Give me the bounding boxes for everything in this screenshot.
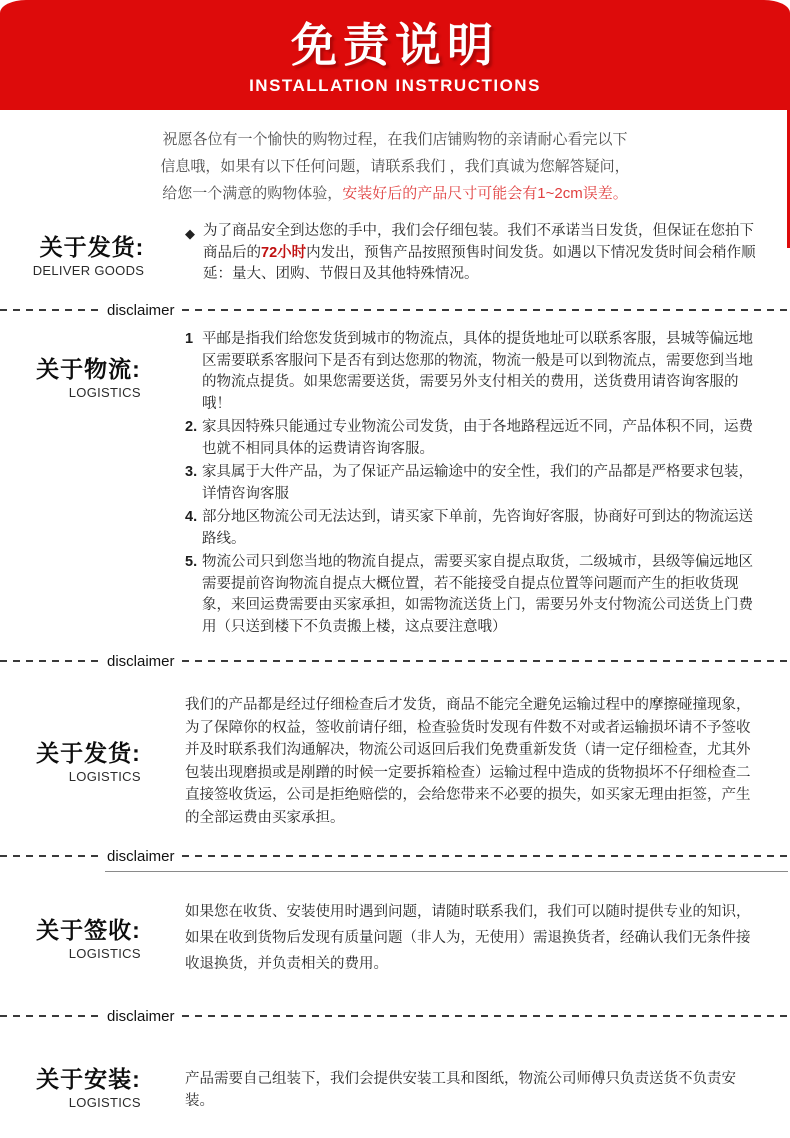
list-item-number: 1 bbox=[185, 329, 202, 415]
section-logistics: 关于物流: LOGISTICS 1 平邮是指我们给您发货到城市的物流点，具体的提… bbox=[0, 329, 790, 640]
divider-dash-left bbox=[0, 660, 100, 662]
divider-label: disclaimer bbox=[100, 848, 182, 865]
intro-line-3: 给您一个满意的购物体验，安装好后的产品尺寸可能会有1~2cm误差。 bbox=[20, 180, 770, 207]
section-deliver-goods: 关于发货: DELIVER GOODS ◆ 为了商品安全到达您的手中，我们会仔细… bbox=[0, 213, 790, 289]
list-item-number: 3. bbox=[185, 462, 202, 505]
list-item: 1 平邮是指我们给您发货到城市的物流点，具体的提货地址可以联系客服，县城等偏远地… bbox=[185, 329, 762, 415]
deliver-goods-paragraph: 为了商品安全到达您的手中，我们会仔细包装。我们不承诺当日发货，但保证在您拍下商品… bbox=[203, 221, 762, 286]
divider-label: disclaimer bbox=[100, 653, 182, 670]
section-content: 产品需要自己组装下，我们会提供安装工具和图纸，物流公司师傅只负责送货不负责安装。 bbox=[185, 1063, 790, 1112]
intro-line-2: 信息哦，如果有以下任何问题，请联系我们 ，我们真诚为您解答疑问， bbox=[20, 153, 770, 180]
section-title-en: LOGISTICS bbox=[36, 1095, 141, 1110]
section-title-en: LOGISTICS bbox=[36, 946, 141, 961]
divider-1: disclaimer bbox=[0, 299, 790, 321]
divider-dash-right bbox=[182, 1015, 790, 1017]
divider-3: disclaimer bbox=[0, 845, 790, 867]
section-title-en: LOGISTICS bbox=[36, 769, 141, 784]
divider-dash-left bbox=[0, 1015, 100, 1017]
list-item-text: 家具属于大件产品，为了保证产品运输途中的安全性，我们的产品都是严格要求包装，详情… bbox=[202, 462, 762, 505]
list-item-text: 部分地区物流公司无法达到，请买家下单前，先咨询好客服，协商好可到达的物流运送路线… bbox=[202, 507, 762, 550]
list-item-text: 物流公司只到您当地的物流自提点，需要买家自提点取货，二级城市，县级等偏远地区需要… bbox=[202, 552, 762, 638]
deliver-text-highlight: 72小时 bbox=[261, 245, 306, 261]
section-title-en: DELIVER GOODS bbox=[33, 263, 145, 278]
section-label-inspection: 关于发货: LOGISTICS bbox=[0, 694, 185, 829]
intro-line-3-red: 安装好后的产品尺寸可能会有1~2cm误差。 bbox=[342, 185, 627, 202]
bottom-divider-line bbox=[105, 871, 788, 872]
page-subtitle: INSTALLATION INSTRUCTIONS bbox=[0, 76, 790, 96]
section-content: ◆ 为了商品安全到达您的手中，我们会仔细包装。我们不承诺当日发货，但保证在您拍下… bbox=[185, 221, 790, 289]
divider-label: disclaimer bbox=[100, 1008, 182, 1025]
divider-dash-left bbox=[0, 855, 100, 857]
list-item-text: 平邮是指我们给您发货到城市的物流点，具体的提货地址可以联系客服，县城等偏远地区需… bbox=[202, 329, 762, 415]
divider-2: disclaimer bbox=[0, 650, 790, 672]
divider-dash-right bbox=[182, 309, 790, 311]
section-content: 我们的产品都是经过仔细检查后才发货，商品不能完全避免运输过程中的摩擦碰撞现象，为… bbox=[185, 694, 790, 829]
divider-dash-right bbox=[182, 855, 790, 857]
section-title-zh: 关于签收: bbox=[36, 916, 141, 944]
list-item-number: 5. bbox=[185, 552, 202, 638]
divider-dash-left bbox=[0, 309, 100, 311]
page-title: 免责说明 bbox=[0, 20, 790, 70]
list-item-text: 家具因特殊只能通过专业物流公司发货，由于各地路程远近不同，产品体积不同，运费也就… bbox=[202, 417, 762, 460]
section-label-sign-for: 关于签收: LOGISTICS bbox=[0, 899, 185, 977]
section-title-zh: 关于发货: bbox=[33, 233, 145, 261]
section-content: 1 平邮是指我们给您发货到城市的物流点，具体的提货地址可以联系客服，县城等偏远地… bbox=[185, 329, 790, 640]
list-item: 3. 家具属于大件产品，为了保证产品运输途中的安全性，我们的产品都是严格要求包装… bbox=[185, 462, 762, 505]
section-sign-for: 关于签收: LOGISTICS 如果您在收货、安装使用时遇到问题，请随时联系我们… bbox=[0, 875, 790, 977]
divider-label: disclaimer bbox=[100, 302, 182, 319]
divider-dash-right bbox=[182, 660, 790, 662]
intro-line-1: 祝愿各位有一个愉快的购物过程，在我们店铺购物的亲请耐心看完以下 bbox=[20, 126, 770, 153]
section-label-installation: 关于安装: LOGISTICS bbox=[0, 1063, 185, 1112]
list-item-number: 4. bbox=[185, 507, 202, 550]
section-title-zh: 关于安装: bbox=[36, 1065, 141, 1093]
list-item-number: 2. bbox=[185, 417, 202, 460]
list-item: 2. 家具因特殊只能通过专业物流公司发货，由于各地路程远近不同，产品体积不同，运… bbox=[185, 417, 762, 460]
diamond-bullet-icon: ◆ bbox=[185, 221, 203, 286]
list-item: 5. 物流公司只到您当地的物流自提点，需要买家自提点取货，二级城市，县级等偏远地… bbox=[185, 552, 762, 638]
divider-4: disclaimer bbox=[0, 1005, 790, 1027]
section-title-zh: 关于物流: bbox=[36, 355, 141, 383]
section-label-logistics: 关于物流: LOGISTICS bbox=[0, 329, 185, 640]
section-content: 如果您在收货、安装使用时遇到问题，请随时联系我们，我们可以随时提供专业的知识，如… bbox=[185, 899, 790, 977]
list-item: 4. 部分地区物流公司无法达到，请买家下单前，先咨询好客服，协商好可到达的物流运… bbox=[185, 507, 762, 550]
section-title-en: LOGISTICS bbox=[36, 385, 141, 400]
section-inspection: 关于发货: LOGISTICS 我们的产品都是经过仔细检查后才发货，商品不能完全… bbox=[0, 680, 790, 829]
intro-line-3-plain: 给您一个满意的购物体验， bbox=[162, 185, 342, 202]
section-title-zh: 关于发货: bbox=[36, 739, 141, 767]
header-banner: 免责说明 INSTALLATION INSTRUCTIONS bbox=[0, 0, 790, 110]
disclaimer-page: { "banner": { "title": "免责说明", "subtitle… bbox=[0, 0, 790, 1138]
section-installation: 关于安装: LOGISTICS 产品需要自己组装下，我们会提供安装工具和图纸，物… bbox=[0, 1035, 790, 1138]
intro-text: 祝愿各位有一个愉快的购物过程，在我们店铺购物的亲请耐心看完以下 信息哦，如果有以… bbox=[0, 110, 790, 213]
section-label-deliver-goods: 关于发货: DELIVER GOODS bbox=[0, 221, 185, 289]
